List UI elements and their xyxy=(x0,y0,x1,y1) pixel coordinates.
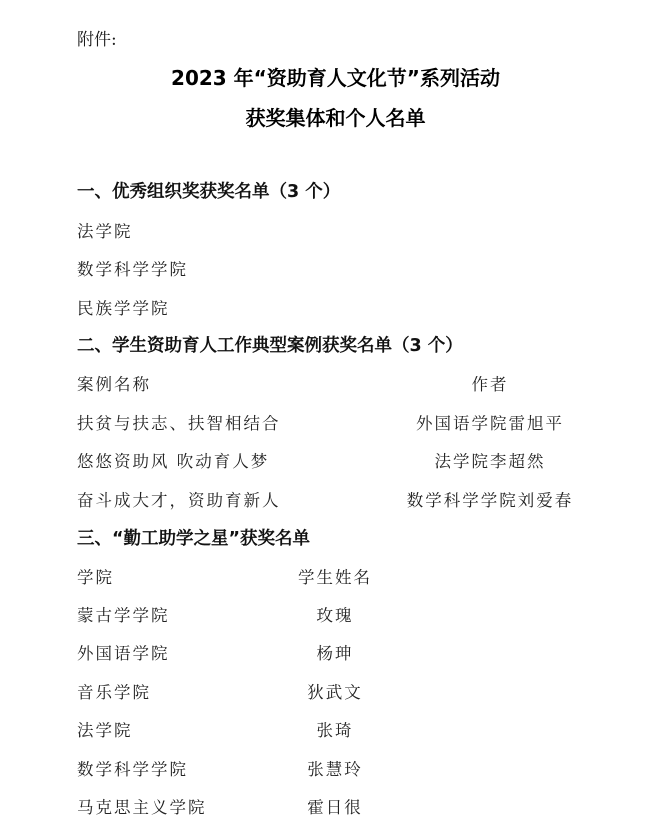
column-header-student: 学生姓名 xyxy=(275,564,395,588)
list-item: 数学科学学院 xyxy=(77,256,188,280)
section2-heading: 二、学生资助育人工作典型案例获奖名单（3 个） xyxy=(77,332,463,357)
table-row-student: 杨珅 xyxy=(275,640,395,664)
table-row-college: 蒙古学学院 xyxy=(77,602,170,626)
table-row-case: 扶贫与扶志、扶智相结合 xyxy=(77,410,281,434)
table-row-college: 外国语学院 xyxy=(77,640,170,664)
section3-heading: 三、“勤工助学之星”获奖名单 xyxy=(77,525,310,550)
table-row-college: 音乐学院 xyxy=(77,679,151,703)
table-row-student: 张慧玲 xyxy=(275,756,395,780)
table-row-author: 法学院李超然 xyxy=(400,448,580,472)
document-subtitle: 获奖集体和个人名单 xyxy=(0,102,671,131)
attachment-label: 附件: xyxy=(77,25,117,50)
column-header-college: 学院 xyxy=(77,564,114,588)
table-row-case: 奋斗成大才，资助育新人 xyxy=(77,487,281,511)
table-row-author: 数学科学学院刘爱春 xyxy=(400,487,580,511)
section1-heading: 一、优秀组织奖获奖名单（3 个） xyxy=(77,178,340,203)
table-row-college: 马克思主义学院 xyxy=(77,794,207,818)
document-title: 2023 年“资助育人文化节”系列活动 xyxy=(0,62,671,91)
table-row-student: 玫瑰 xyxy=(275,602,395,626)
column-header-case: 案例名称 xyxy=(77,371,151,395)
table-row-author: 外国语学院雷旭平 xyxy=(400,410,580,434)
list-item: 民族学学院 xyxy=(77,295,170,319)
list-item: 法学院 xyxy=(77,218,133,242)
table-row-college: 法学院 xyxy=(77,717,133,741)
table-row-college: 数学科学学院 xyxy=(77,756,188,780)
table-row-student: 狄武文 xyxy=(275,679,395,703)
table-row-student: 张琦 xyxy=(275,717,395,741)
table-row-student: 霍日很 xyxy=(275,794,395,818)
column-header-author: 作者 xyxy=(400,371,580,395)
table-row-case: 悠悠资助风 吹动育人梦 xyxy=(77,448,269,472)
